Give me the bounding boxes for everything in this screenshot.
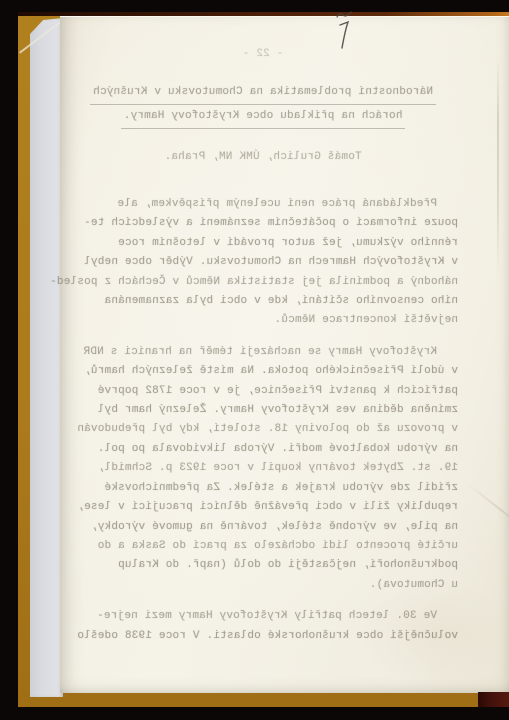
underlying-page-edges: [30, 18, 63, 697]
typewritten-line: Ve 30. letech patřily Kryštofovy Hamry m…: [68, 607, 458, 626]
paragraph: Předkládaná práce není uceleným příspěvk…: [68, 195, 458, 331]
paper-crease: [497, 59, 499, 274]
scanned-book-page-photo: - 22 - Národnostní problematika na Chomu…: [0, 0, 509, 720]
typewritten-line: volučnější obce krušnohorské oblasti. V …: [68, 627, 458, 646]
typewritten-line: u Chomutova).: [68, 576, 458, 595]
typewritten-line: patřících k panství Přísečnice, je v roc…: [68, 382, 458, 401]
paragraph: Kryštofovy Hamry se nacházejí téměř na h…: [68, 343, 458, 595]
typewritten-line: největší koncentrace Němců.: [68, 311, 458, 330]
typescript-body: Předkládaná práce není uceleným příspěvk…: [68, 195, 458, 646]
typewritten-line: v provozu až do poloviny 18. století, kd…: [68, 420, 458, 439]
typewritten-line: zřídil zde výrobu krajek a stélek. Za př…: [68, 479, 458, 498]
paper-crease: [466, 483, 509, 538]
paragraph: Ve 30. letech patřily Kryštofovy Hamry m…: [68, 607, 458, 646]
typewritten-line: v Kryštofových Hamrech na Chomutovsku. V…: [68, 253, 458, 272]
typewritten-line: Kryštofovy Hamry se nacházejí téměř na h…: [68, 343, 458, 362]
typewritten-line: zmíněna dědina ves Kryštofovy Hamry. Žel…: [68, 401, 458, 420]
title-line-text: horách na příkladu obce Kryštofovy Hamry…: [121, 105, 406, 129]
mirrored-typescript: - 22 - Národnostní problematika na Chomu…: [68, 17, 458, 682]
typewritten-line: pouze informací o počátečním seznámení a…: [68, 214, 458, 233]
typewritten-line: v údolí Přísečnického potoka. Na místě ž…: [68, 362, 458, 381]
typewritten-line: rénního výzkumu, jež autor provádí v let…: [68, 234, 458, 253]
typewritten-line: 19. st. Zbytek továrny koupil v roce 192…: [68, 459, 458, 478]
title-line-text: Národnostní problematika na Chomutovsku …: [90, 81, 436, 105]
typewritten-line: náhodný a podmínila jej statistika Němců…: [68, 273, 458, 292]
typewritten-line: podkrušnohoří, nejčastěji do dolů (např.…: [68, 556, 458, 575]
page-number: - 22 -: [68, 48, 458, 60]
typewritten-line: ního censovního sčítání, kde v obci byla…: [68, 292, 458, 311]
title-line: horách na příkladu obce Kryštofovy Hamry…: [68, 105, 458, 129]
cover-corner-patch: [478, 692, 509, 707]
typewritten-line: Předkládaná práce není uceleným příspěvk…: [68, 195, 458, 214]
typewritten-line: na výrobu kobaltové modři. Výroba likvid…: [68, 440, 458, 459]
document-title: Národnostní problematika na Chomutovsku …: [68, 81, 458, 129]
typewritten-line: na pile, ve výrobně stélek, továrně na g…: [68, 518, 458, 537]
typewritten-line: republiky žili v obci převážně dělníci p…: [68, 498, 458, 517]
typewritten-line: určité procento lidí odcházelo za prací …: [68, 537, 458, 556]
author-line: Tomáš Grulich, ÚMK NM, Praha.: [68, 151, 458, 163]
title-line: Národnostní problematika na Chomutovsku …: [68, 81, 458, 105]
pencil-mark: [330, 10, 356, 52]
pencil-mark-strokes: [330, 10, 356, 52]
